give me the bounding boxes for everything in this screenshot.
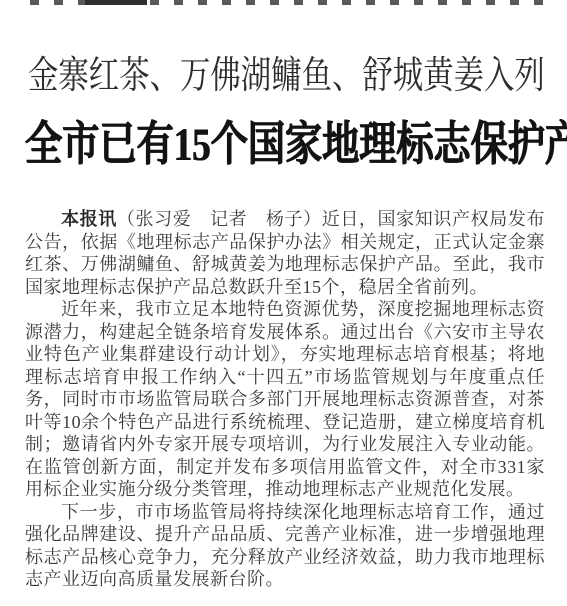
article-body: 本报讯（张习爱 记者 杨子）近日，国家知识产权局发布公告，依据《地理标志产品保护…: [25, 208, 545, 591]
cropped-text-thick-fragment: [85, 0, 147, 5]
paragraph-3: 下一步，市市场监管局将持续深化地理标志培育工作，通过强化品牌建设、提升产品品质、…: [25, 501, 545, 591]
paragraph-1: 本报讯（张习爱 记者 杨子）近日，国家知识产权局发布公告，依据《地理标志产品保护…: [25, 208, 545, 298]
cropped-text-fragments: [30, 0, 550, 5]
article-subtitle: 金寨红茶、万佛湖鳙鱼、舒城黄姜入列: [28, 57, 545, 95]
paragraph-2: 近年来，我市立足本地特色资源优势，深度挖掘地理标志资源潜力，构建起全链条培育发展…: [25, 298, 545, 501]
article-headline: 全市已有15个国家地理标志保护产品: [25, 120, 567, 172]
newspaper-article-scan: 金寨红茶、万佛湖鳙鱼、舒城黄姜入列 全市已有15个国家地理标志保护产品 本报讯（…: [0, 0, 567, 606]
byline-lead: 本报讯: [61, 209, 117, 229]
